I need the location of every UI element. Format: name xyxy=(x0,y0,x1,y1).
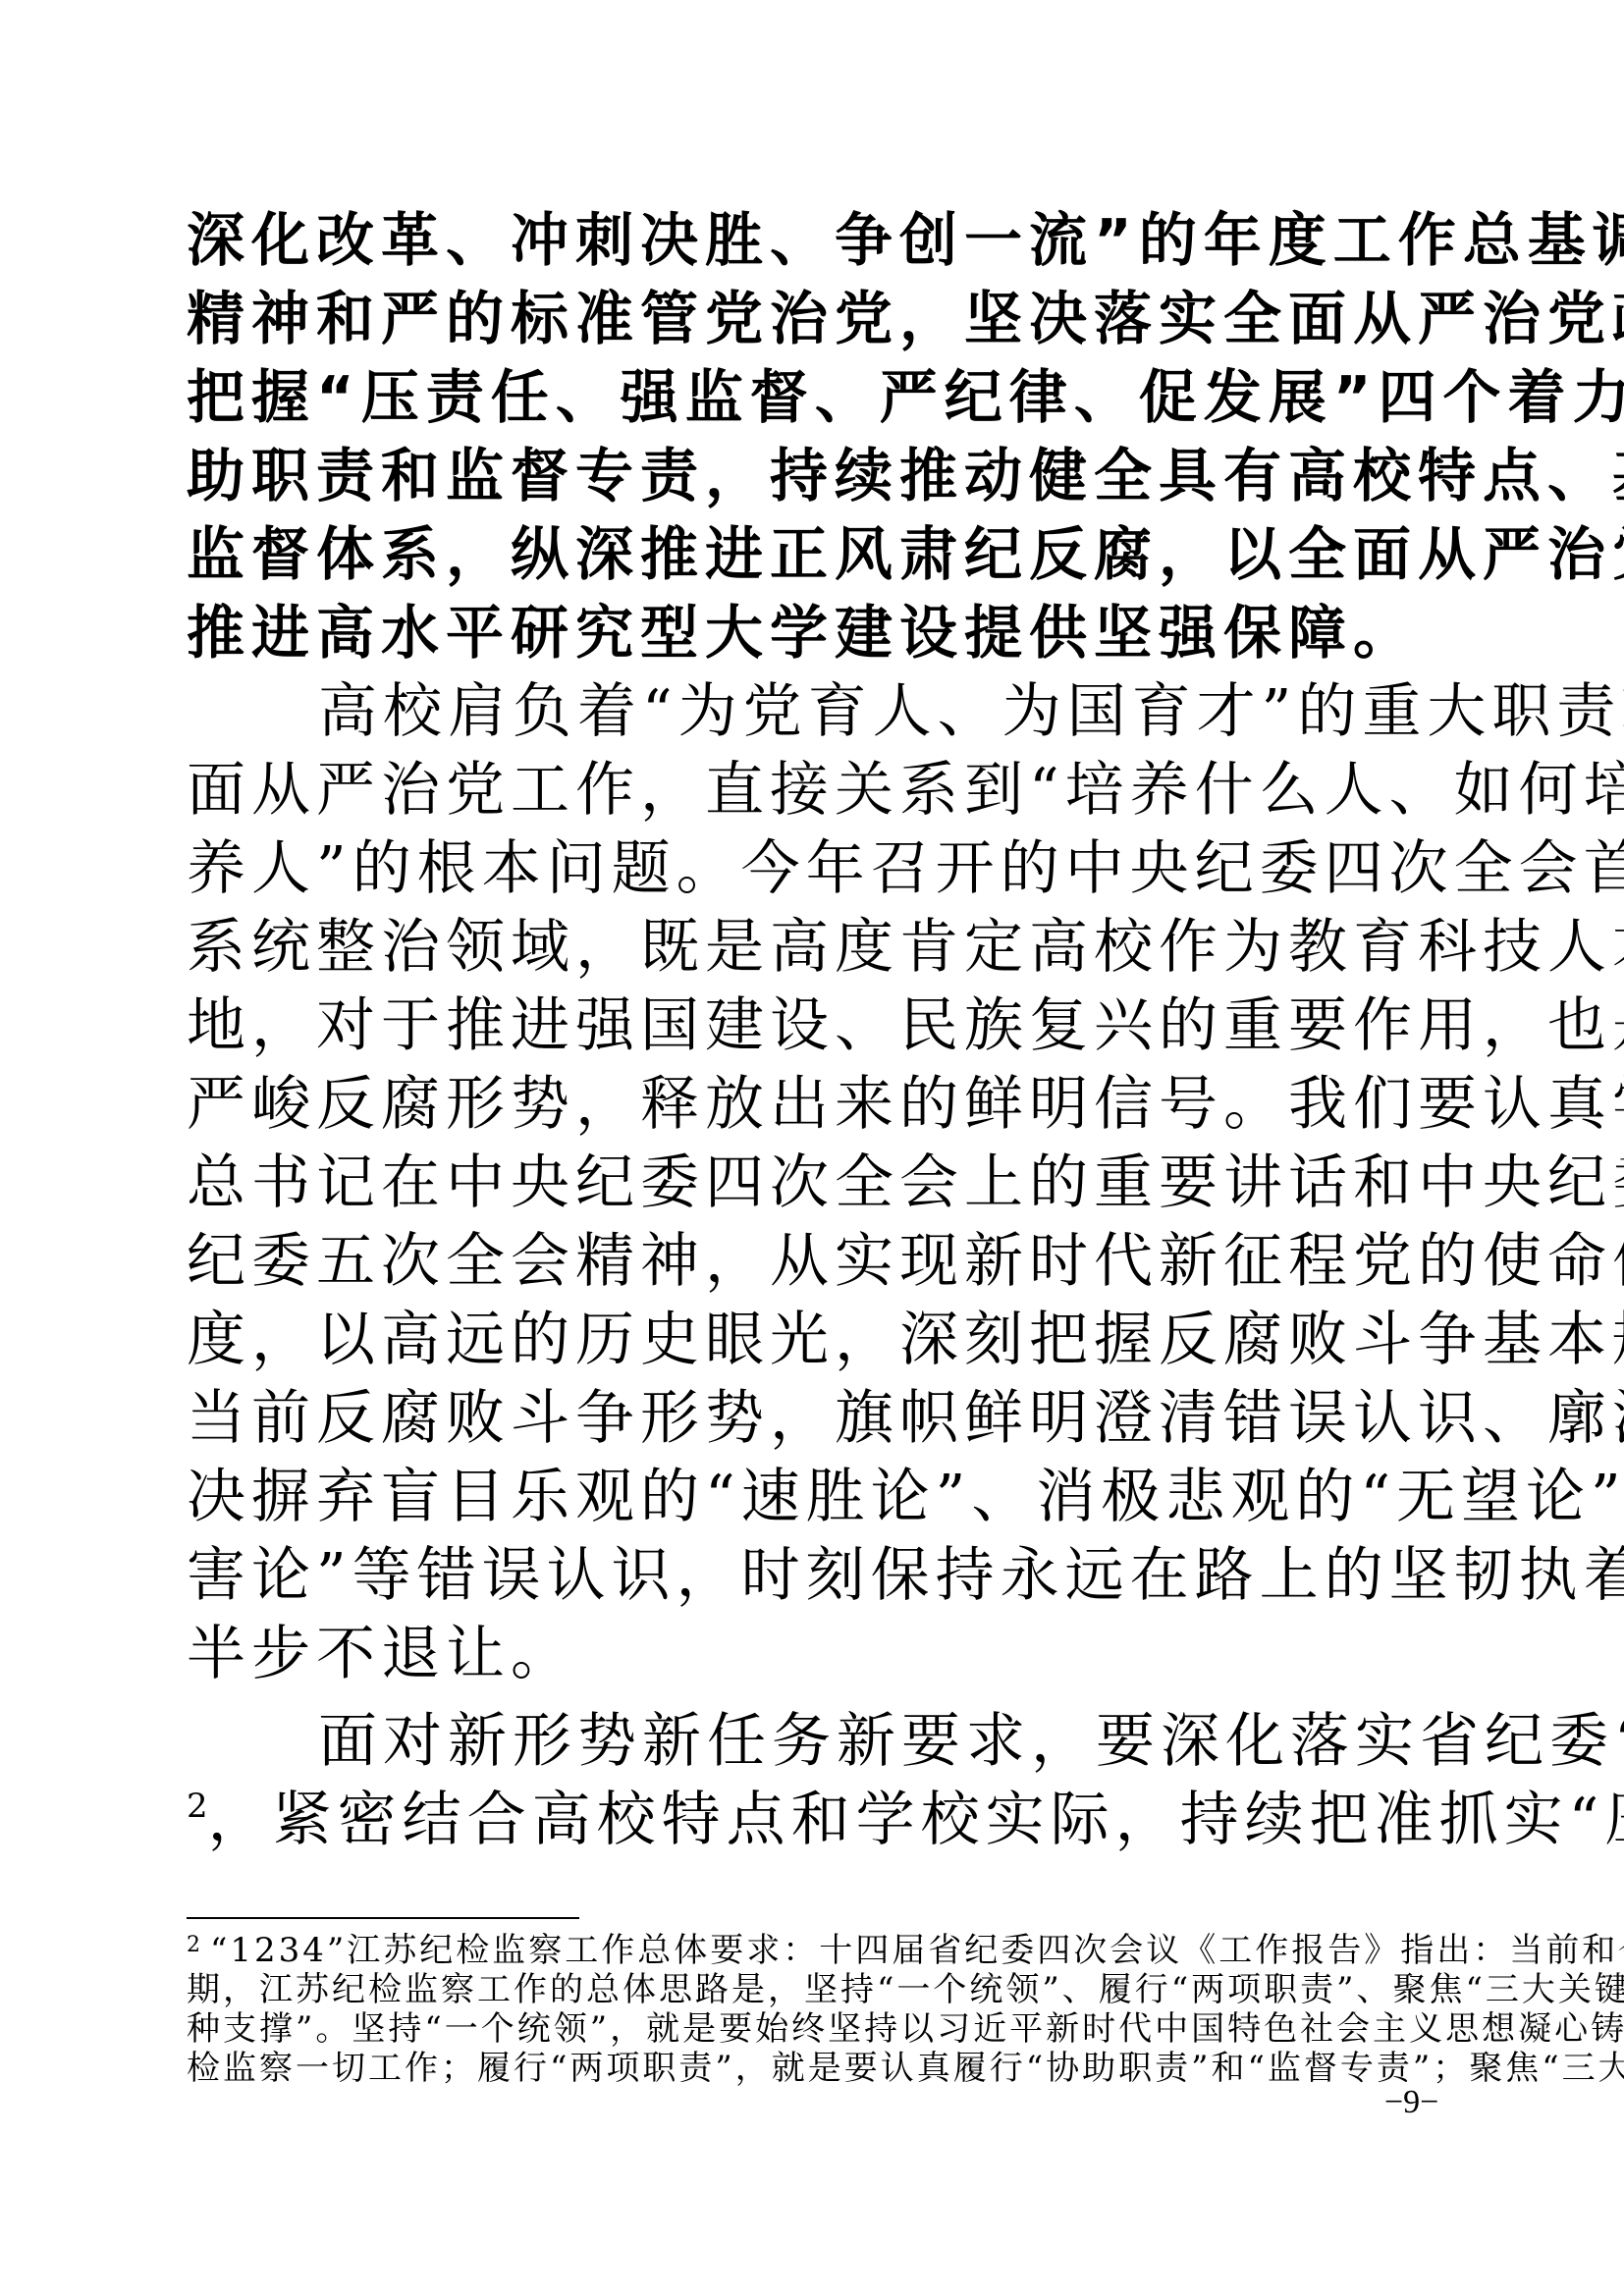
paragraph-university-responsibility: 高校肩负着“为党育人、为国育才”的重大职责和使命，高校全 面从严治党工作，直接关… xyxy=(187,672,1453,1693)
footnote-number: 2 xyxy=(187,1933,200,1957)
text-line: 助职责和监督专责，持续推动健全具有高校特点、基于扬大实践的 xyxy=(187,437,1453,515)
document-page: 深化改革、冲刺决胜、争创一流”的年度工作总基调，坚持用改革 精神和严的标准管党治… xyxy=(0,0,1624,2296)
body-text: 深化改革、冲刺决胜、争创一流”的年度工作总基调，坚持用改革 精神和严的标准管党治… xyxy=(187,201,1453,1859)
footnote-line: 种支撑”。坚持“一个统领”，就是要始终坚持以习近平新时代中国特色社会主义思想凝心… xyxy=(187,2009,1453,2049)
text-line: 地，对于推进强国建设、民族复兴的重要作用，也是基于当前高校 xyxy=(187,987,1453,1065)
text-line: 高校肩负着“为党育人、为国育才”的重大职责和使命，高校全 xyxy=(187,672,1453,751)
footnote-line: 期，江苏纪检监察工作的总体思路是，坚持“一个统领”、履行“两项职责”、聚焦“三大… xyxy=(187,1970,1453,2009)
footnote-separator xyxy=(187,1917,579,1919)
text-line: 决摒弃盲目乐观的“速胜论”、消极悲观的“无望论”、是非不辨的“有 xyxy=(187,1458,1453,1536)
page-number: −9− xyxy=(1384,2083,1438,2122)
text-line: 当前反腐败斗争形势，旗帜鲜明澄清错误认识、廓清思想迷雾，坚 xyxy=(187,1379,1453,1458)
text-line: 把握“压责任、强监督、严纪律、促发展”四个着力点，全面履行协 xyxy=(187,358,1453,437)
text-line: 面对新形势新任务新要求，要深化落实省纪委“1234”总体要求 xyxy=(187,1702,1453,1781)
text-line: 深化改革、冲刺决胜、争创一流”的年度工作总基调，坚持用改革 xyxy=(187,201,1453,280)
text-line: 害论”等错误认识，时刻保持永远在路上的坚韧执着，一步不停歇、 xyxy=(187,1536,1453,1615)
text-line: 度，以高远的历史眼光，深刻把握反腐败斗争基本规律，深刻分析 xyxy=(187,1301,1453,1379)
text-line: 监督体系，纵深推进正风肃纪反腐，以全面从严治党新成效为加快 xyxy=(187,515,1453,594)
text-line: 面从严治党工作，直接关系到“培养什么人、如何培养人、为谁培 xyxy=(187,751,1453,829)
footnote-line: 2“1234”江苏纪检监察工作总体要求：十四届省纪委四次会议《工作报告》指出：当… xyxy=(187,1931,1453,1970)
text-line: 纪委五次全会精神，从实现新时代新征程党的使命任务的战略高 xyxy=(187,1222,1453,1301)
text-line: 养人”的根本问题。今年召开的中央纪委四次全会首次将高校列为 xyxy=(187,829,1453,908)
text-line: 推进高水平研究型大学建设提供坚强保障。 xyxy=(187,594,1453,672)
text-line: 精神和严的标准管党治党，坚决落实全面从严治党政治责任，牢牢 xyxy=(187,280,1453,358)
text-line: 2，紧密结合高校特点和学校实际，持续把准抓实“压责任、强监督、 xyxy=(187,1781,1453,1859)
footnote-reference[interactable]: 2 xyxy=(187,1787,208,1826)
footnote: 2“1234”江苏纪检监察工作总体要求：十四届省纪委四次会议《工作报告》指出：当… xyxy=(187,1931,1453,2088)
footnote-line: 检监察一切工作；履行“两项职责”，就是要认真履行“协助职责”和“监督专责”；聚焦… xyxy=(187,2049,1453,2088)
text-line: 半步不退让。 xyxy=(187,1615,1453,1693)
text-line: 系统整治领域，既是高度肯定高校作为教育科技人才一体化发展阵 xyxy=(187,908,1453,987)
text-line: 总书记在中央纪委四次全会上的重要讲话和中央纪委四次全会、省 xyxy=(187,1144,1453,1222)
footnote-text: “1234”江苏纪检监察工作总体要求：十四届省纪委四次会议《工作报告》指出：当前… xyxy=(210,1931,1624,1970)
text-line: 严峻反腐形势，释放出来的鲜明信号。我们要认真学习贯彻习近平 xyxy=(187,1065,1453,1144)
text-line-content: ，紧密结合高校特点和学校实际，持续把准抓实“压责任、强监督、 xyxy=(208,1786,1624,1854)
paragraph-bold-continuation: 深化改革、冲刺决胜、争创一流”的年度工作总基调，坚持用改革 精神和严的标准管党治… xyxy=(187,201,1453,672)
paragraph-new-requirements: 面对新形势新任务新要求，要深化落实省纪委“1234”总体要求 2，紧密结合高校特… xyxy=(187,1702,1453,1859)
